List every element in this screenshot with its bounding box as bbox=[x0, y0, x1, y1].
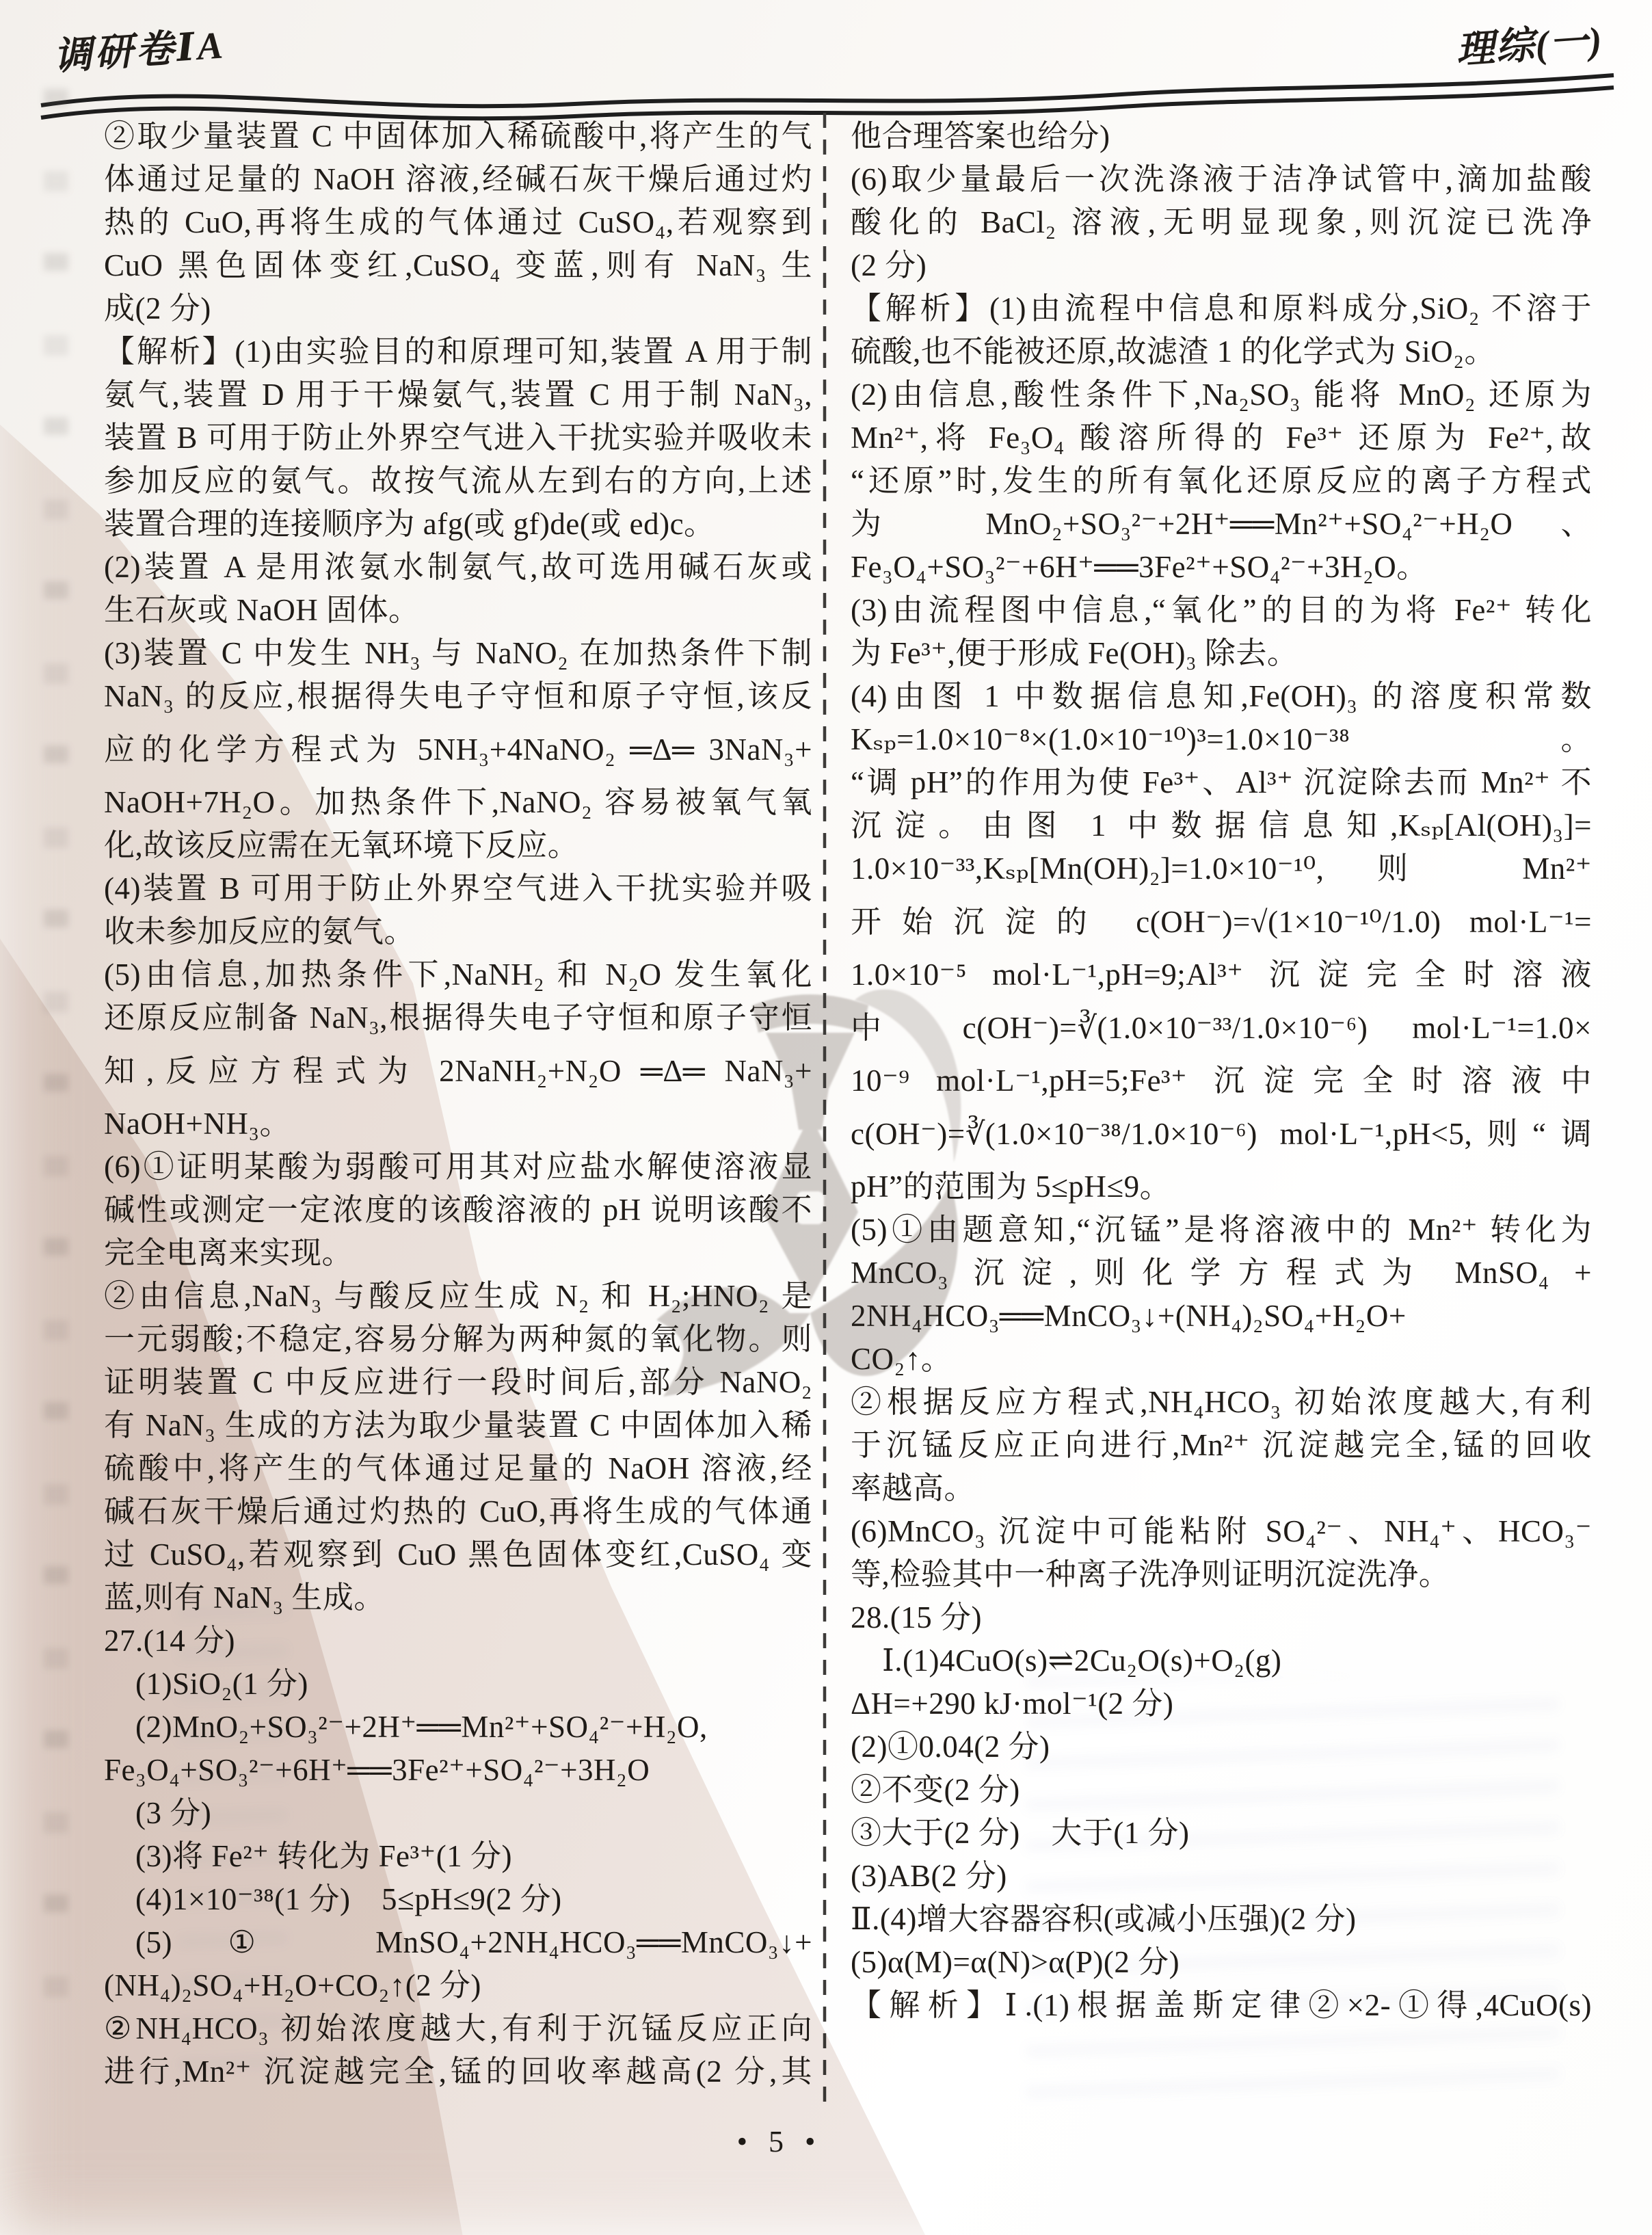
text-line: 有 NaN₃ 生成的方法为取少量装置 C 中固体加入稀 bbox=[104, 1404, 812, 1447]
text-line: (2 分) bbox=[851, 244, 1592, 287]
text-line: ②由信息,NaN₃ 与酸反应生成 N₂ 和 H₂;HNO₂ 是 bbox=[104, 1275, 812, 1318]
text-line: 热的 CuO,再将生成的气体通过 CuSO₄,若观察到 bbox=[104, 201, 812, 244]
text-line: (3)AB(2 分) bbox=[851, 1855, 1592, 1898]
text-line: (4)由图 1 中数据信息知,Fe(OH)₃ 的溶度积常数 bbox=[851, 675, 1592, 718]
text-line: 率越高。 bbox=[851, 1467, 1592, 1510]
text-line: 2NH₄HCO₃══MnCO₃↓+(NH₄)₂SO₄+H₂O+ bbox=[851, 1295, 1592, 1338]
text-line: 收未参加反应的氨气。 bbox=[104, 910, 812, 953]
text-line: ②取少量装置 C 中固体加入稀硫酸中,将产生的气 bbox=[104, 115, 812, 158]
text-line: 证明装置 C 中反应进行一段时间后,部分 NaNO₂ bbox=[104, 1361, 812, 1404]
text-line: pH”的范围为 5≤pH≤9。 bbox=[851, 1165, 1592, 1208]
text-line: ΔH=+290 kJ·mol⁻¹(2 分) bbox=[851, 1682, 1592, 1725]
text-line: 1.0×10⁻³³,Kₛₚ[Mn(OH)₂]=1.0×10⁻¹⁰,则 Mn²⁺ bbox=[851, 847, 1592, 890]
text-line: “还原”时,发生的所有氧化还原反应的离子方程式 bbox=[851, 460, 1592, 503]
text-line: Fe₃O₄+SO₃²⁻+6H⁺══3Fe²⁺+SO₄²⁻+3H₂O bbox=[104, 1749, 812, 1792]
text-line: 为 MnO₂+SO₃²⁻+2H⁺══Mn²⁺+SO₄²⁻+H₂O、 bbox=[851, 503, 1592, 546]
text-line: (2)装置 A 是用浓氨水制氨气,故可选用碱石灰或 bbox=[104, 546, 812, 589]
text-line: Ⅱ.(4)增大容器容积(或减小压强)(2 分) bbox=[851, 1898, 1592, 1941]
answer-column-left: ②取少量装置 C 中固体加入稀硫酸中,将产生的气体通过足量的 NaOH 溶液,经… bbox=[104, 115, 812, 2093]
text-line: 装置合理的连接顺序为 afg(或 gf)de(或 ed)c。 bbox=[104, 503, 812, 546]
text-line: (NH₄)₂SO₄+H₂O+CO₂↑(2 分) bbox=[104, 1964, 812, 2007]
text-line: 应的化学方程式为 5NH₃+4NaNO₂ ═Δ═ 3NaN₃+ bbox=[104, 718, 812, 781]
text-line: 进行,Mn²⁺ 沉淀越完全,锰的回收率越高(2 分,其 bbox=[104, 2050, 812, 2093]
text-line: 成(2 分) bbox=[104, 287, 812, 330]
text-line: 还原反应制备 NaN₃,根据得失电子守恒和原子守恒 bbox=[104, 996, 812, 1040]
text-line: ②不变(2 分) bbox=[851, 1769, 1592, 1812]
text-line: 知,反应方程式为 2NaNH₂+N₂O ═Δ═ NaN₃+ bbox=[104, 1040, 812, 1102]
text-line: 【解析】(1)由实验目的和原理可知,装置 A 用于制 bbox=[104, 330, 812, 373]
text-line: 过 CuSO₄,若观察到 CuO 黑色固体变红,CuSO₄ 变 bbox=[104, 1533, 812, 1576]
text-line: CuO 黑色固体变红,CuSO₄ 变蓝,则有 NaN₃ 生 bbox=[104, 244, 812, 287]
answer-column-right: 他合理答案也给分)(6)取少量最后一次洗涤液于洁净试管中,滴加盐酸酸化的 BaC… bbox=[851, 115, 1592, 2027]
text-line: 碱石灰干燥后通过灼热的 CuO,再将生成的气体通 bbox=[104, 1490, 812, 1533]
text-line: 为 Fe³⁺,便于形成 Fe(OH)₃ 除去。 bbox=[851, 632, 1592, 675]
text-line: 生石灰或 NaOH 固体。 bbox=[104, 589, 812, 632]
text-line: (5)① MnSO₄+2NH₄HCO₃══MnCO₃↓+ bbox=[104, 1921, 812, 1964]
text-line: 氨气,装置 D 用于干燥氨气,装置 C 用于制 NaN₃, bbox=[104, 373, 812, 416]
text-line: Ⅰ.(1)4CuO(s)⇌2Cu₂O(s)+O₂(g) bbox=[851, 1639, 1592, 1682]
text-line: c(OH⁻)=∛(1.0×10⁻³⁸/1.0×10⁻⁶) mol·L⁻¹,pH<… bbox=[851, 1102, 1592, 1165]
text-line: (2)①0.04(2 分) bbox=[851, 1725, 1592, 1769]
text-line: 装置 B 可用于防止外界空气进入干扰实验并吸收未 bbox=[104, 416, 812, 460]
text-line: (5)①由题意知,“沉锰”是将溶液中的 Mn²⁺ 转化为 bbox=[851, 1208, 1592, 1252]
scanned-exam-page: 调研卷ⅠA 理综(一) ②取少量装置 C 中固体加入稀硫酸中,将产生的气体通过足… bbox=[0, 0, 1652, 2235]
text-line: (3)将 Fe²⁺ 转化为 Fe³⁺(1 分) bbox=[104, 1835, 812, 1878]
text-line: (3)装置 C 中发生 NH₃ 与 NaNO₂ 在加热条件下制 bbox=[104, 632, 812, 675]
text-line: NaOH+7H₂O。加热条件下,NaNO₂ 容易被氧气氧 bbox=[104, 781, 812, 824]
text-line: 1.0×10⁻⁵ mol·L⁻¹,pH=9;Al³⁺ 沉淀完全时溶液 bbox=[851, 953, 1592, 996]
text-line: ②根据反应方程式,NH₄HCO₃ 初始浓度越大,有利 bbox=[851, 1381, 1592, 1424]
text-line: NaOH+NH₃。 bbox=[104, 1102, 812, 1146]
text-line: 【解析】Ⅰ.(1)根据盖斯定律②×2-①得,4CuO(s) bbox=[851, 1984, 1592, 2027]
text-line: 酸化的 BaCl₂ 溶液,无明显现象,则沉淀已洗净 bbox=[851, 201, 1592, 244]
text-line: (5)α(M)=α(N)>α(P)(2 分) bbox=[851, 1941, 1592, 1984]
text-line: (5)由信息,加热条件下,NaNH₂ 和 N₂O 发生氧化 bbox=[104, 953, 812, 996]
text-line: ③大于(2 分) 大于(1 分) bbox=[851, 1812, 1592, 1855]
text-line: (2)由信息,酸性条件下,Na₂SO₃ 能将 MnO₂ 还原为 bbox=[851, 373, 1592, 416]
text-line: 完全电离来实现。 bbox=[104, 1232, 812, 1275]
text-line: 硫酸中,将产生的气体通过足量的 NaOH 溶液,经 bbox=[104, 1447, 812, 1490]
text-line: MnCO₃ 沉淀,则化学方程式为 MnSO₄ + bbox=[851, 1252, 1592, 1295]
text-line: 开始沉淀的 c(OH⁻)=√(1×10⁻¹⁰/1.0) mol·L⁻¹= bbox=[851, 890, 1592, 953]
text-line: (4)1×10⁻³⁸(1 分) 5≤pH≤9(2 分) bbox=[104, 1878, 812, 1921]
text-line: (2)MnO₂+SO₃²⁻+2H⁺══Mn²⁺+SO₄²⁻+H₂O, bbox=[104, 1706, 812, 1749]
text-line: Kₛₚ=1.0×10⁻⁸×(1.0×10⁻¹⁰)³=1.0×10⁻³⁸。 bbox=[851, 718, 1592, 761]
page-number: • 5 • bbox=[697, 2124, 862, 2159]
text-line: 他合理答案也给分) bbox=[851, 115, 1592, 158]
text-line: NaN₃ 的反应,根据得失电子守恒和原子守恒,该反 bbox=[104, 675, 812, 718]
text-line: (6)取少量最后一次洗涤液于洁净试管中,滴加盐酸 bbox=[851, 158, 1592, 201]
text-line: “调 pH”的作用为使 Fe³⁺、Al³⁺ 沉淀除去而 Mn²⁺ 不 bbox=[851, 761, 1592, 804]
text-line: (3)由流程图中信息,“氧化”的目的为将 Fe²⁺ 转化 bbox=[851, 589, 1592, 632]
text-line: Fe₃O₄+SO₃²⁻+6H⁺══3Fe²⁺+SO₄²⁻+3H₂O。 bbox=[851, 546, 1592, 589]
text-line: 28.(15 分) bbox=[851, 1596, 1592, 1639]
text-line: 碱性或测定一定浓度的该酸溶液的 pH 说明该酸不 bbox=[104, 1189, 812, 1232]
text-line: (6)①证明某酸为弱酸可用其对应盐水解使溶液显 bbox=[104, 1146, 812, 1189]
text-line: (4)装置 B 可用于防止外界空气进入干扰实验并吸 bbox=[104, 867, 812, 910]
text-line: 参加反应的氨气。故按气流从左到右的方向,上述 bbox=[104, 460, 812, 503]
text-line: 等,检验其中一种离子洗净则证明沉淀洗净。 bbox=[851, 1553, 1592, 1596]
text-line: (1)SiO₂(1 分) bbox=[104, 1663, 812, 1706]
text-line: 10⁻⁹ mol·L⁻¹,pH=5;Fe³⁺ 沉淀完全时溶液中 bbox=[851, 1059, 1592, 1102]
text-line: 化,故该反应需在无氧环境下反应。 bbox=[104, 824, 812, 867]
text-line: 沉淀。由图 1 中数据信息知,Kₛₚ[Al(OH)₃]= bbox=[851, 804, 1592, 847]
text-line: 于沉锰反应正向进行,Mn²⁺ 沉淀越完全,锰的回收 bbox=[851, 1424, 1592, 1467]
text-line: 硫酸,也不能被还原,故滤渣 1 的化学式为 SiO₂。 bbox=[851, 330, 1592, 373]
text-line: 27.(14 分) bbox=[104, 1619, 812, 1663]
text-line: (6)MnCO₃ 沉淀中可能粘附 SO₄²⁻、NH₄⁺、HCO₃⁻ bbox=[851, 1510, 1592, 1553]
text-line: 一元弱酸;不稳定,容易分解为两种氮的氧化物。则 bbox=[104, 1318, 812, 1361]
text-line: 蓝,则有 NaN₃ 生成。 bbox=[104, 1576, 812, 1619]
text-line: CO₂↑。 bbox=[851, 1338, 1592, 1381]
text-line: (3 分) bbox=[104, 1792, 812, 1835]
text-line: 体通过足量的 NaOH 溶液,经碱石灰干燥后通过灼 bbox=[104, 158, 812, 201]
text-line: ②NH₄HCO₃ 初始浓度越大,有利于沉锰反应正向 bbox=[104, 2007, 812, 2050]
text-line: 中 c(OH⁻)=∛(1.0×10⁻³³/1.0×10⁻⁶) mol·L⁻¹=1… bbox=[851, 996, 1592, 1059]
text-line: 【解析】(1)由流程中信息和原料成分,SiO₂ 不溶于 bbox=[851, 287, 1592, 330]
text-line: Mn²⁺,将 Fe₃O₄ 酸溶所得的 Fe³⁺ 还原为 Fe²⁺,故 bbox=[851, 416, 1592, 460]
